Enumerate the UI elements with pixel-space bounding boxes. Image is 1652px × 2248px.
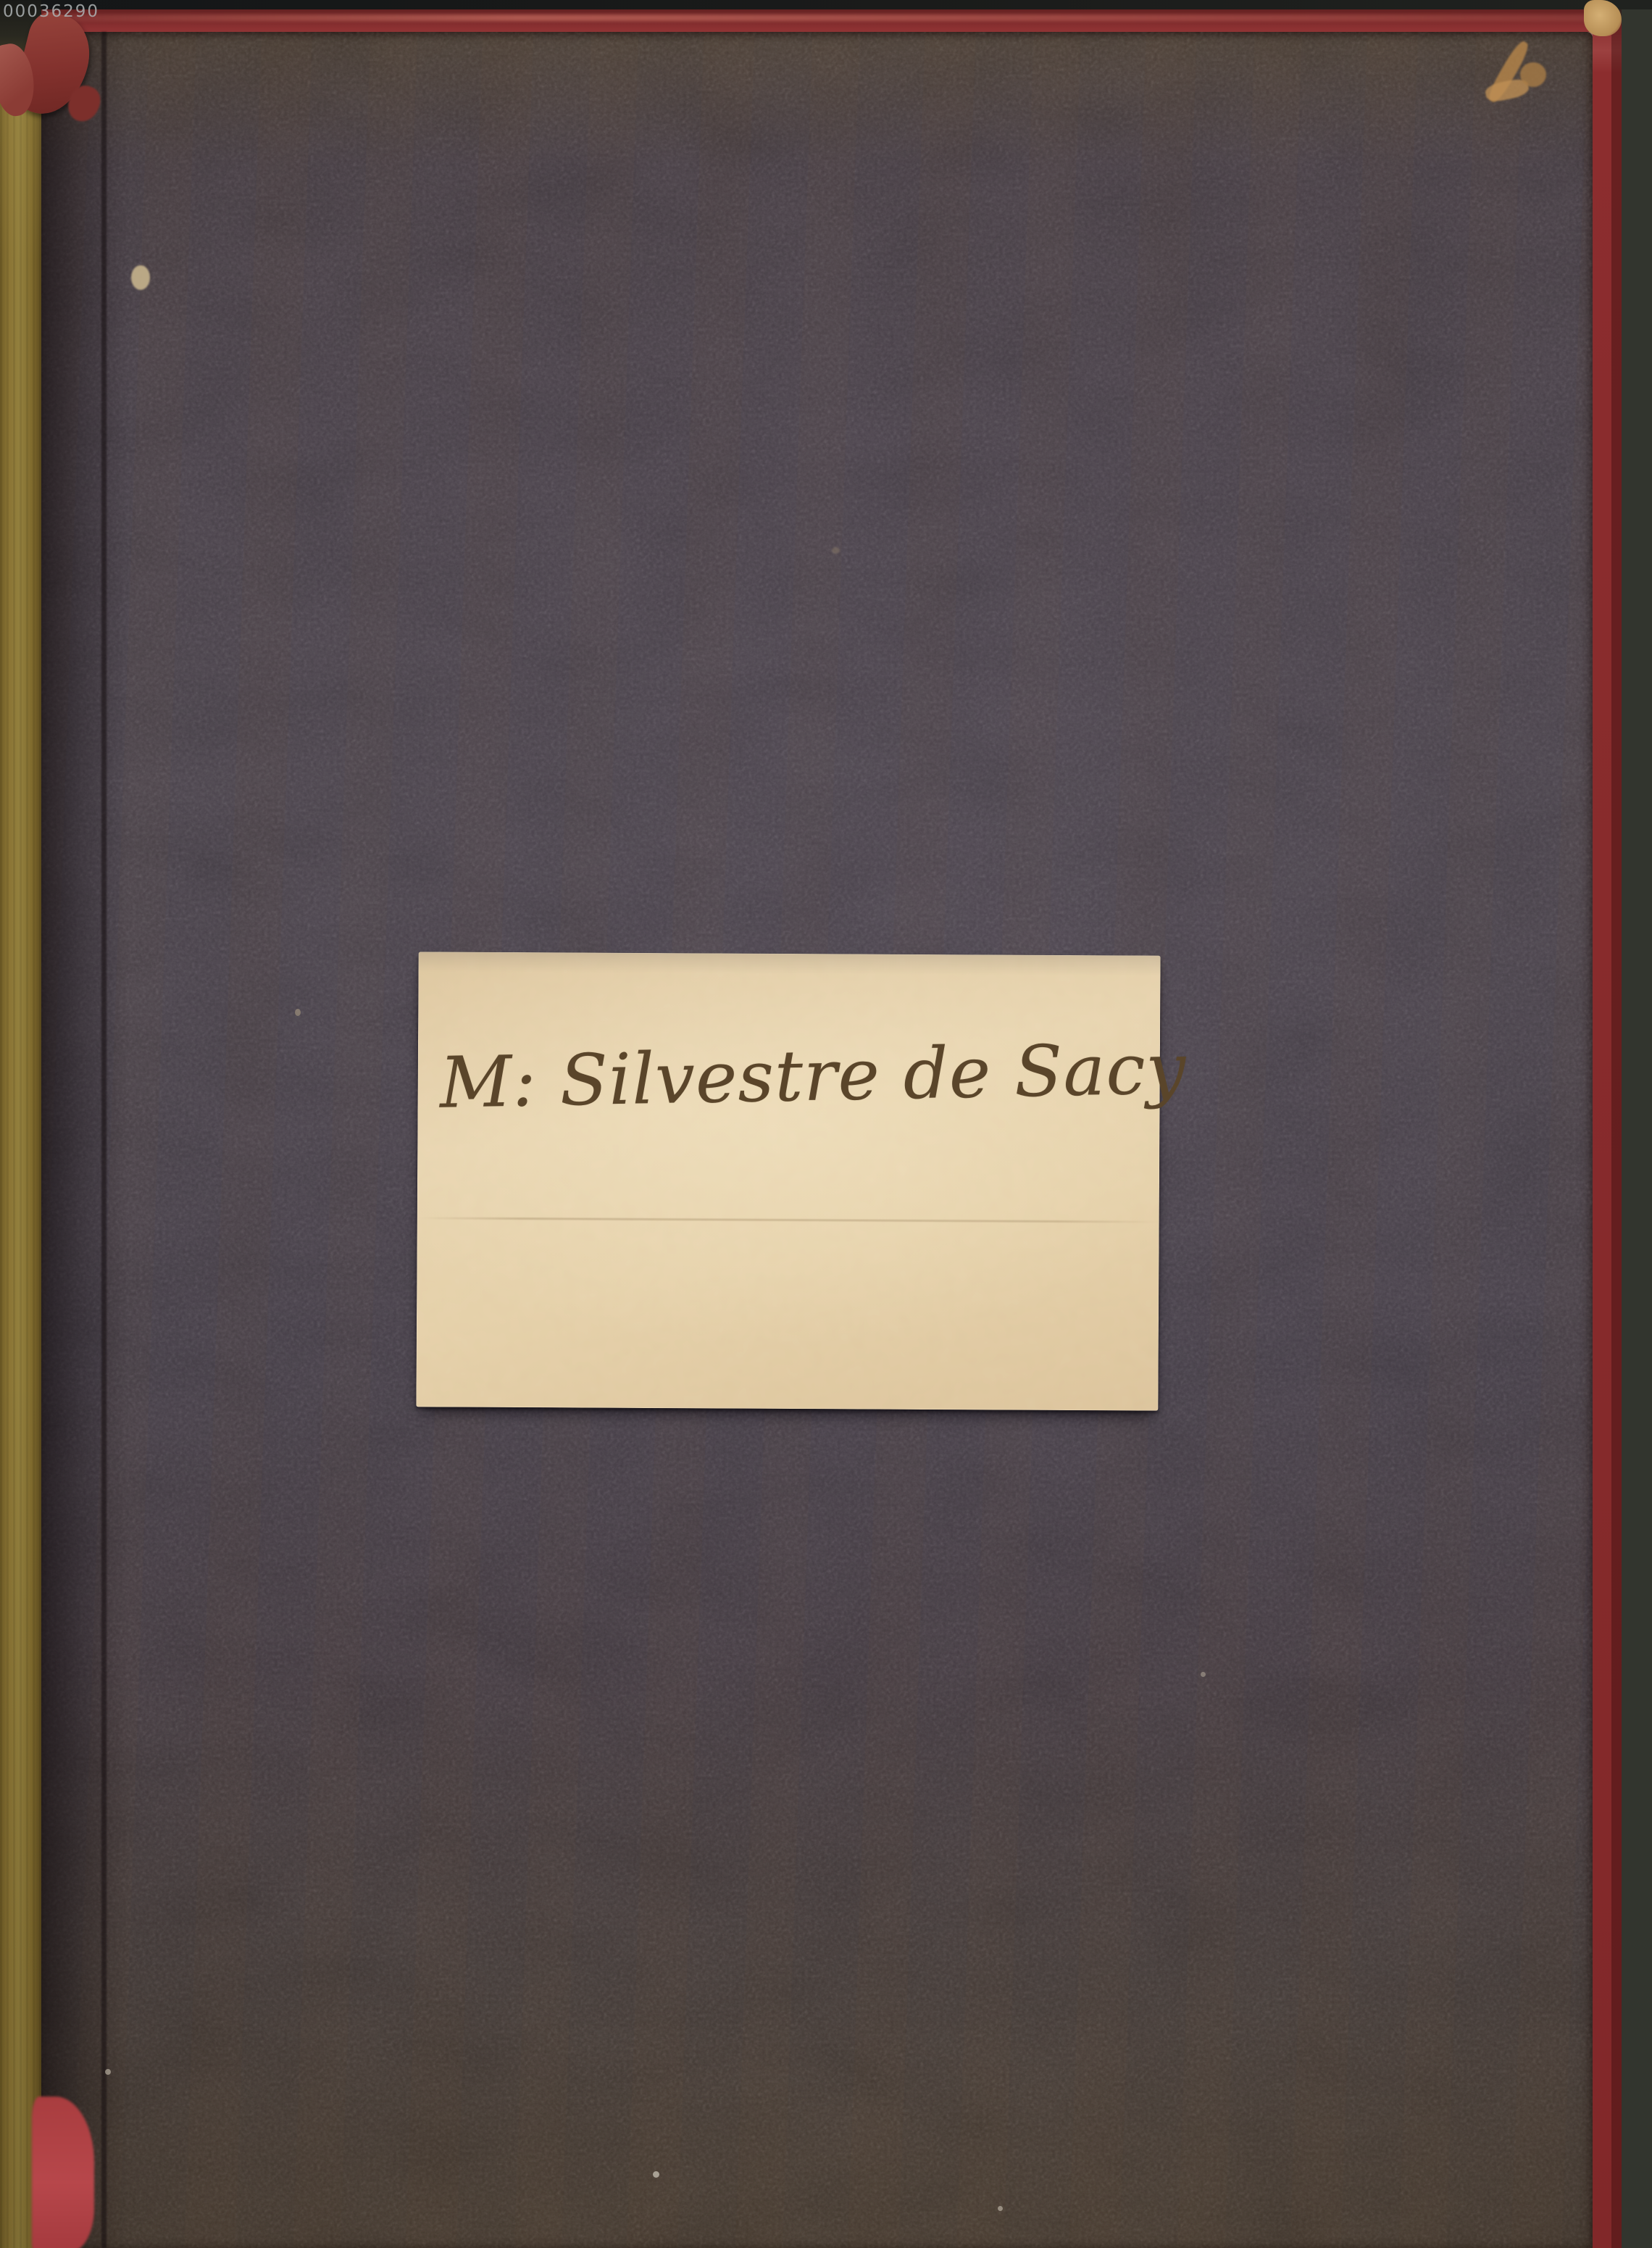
red-edge-right-shade — [1611, 6, 1622, 2248]
leather-speck — [131, 265, 150, 290]
scan-background-top — [0, 0, 1652, 9]
label-top-smudge — [419, 952, 1161, 975]
leather-speck — [295, 1009, 301, 1016]
book-cover-scan: M: Silvestre de Sacy 00036290 — [0, 0, 1652, 2248]
worn-red-patch-bottom-left — [32, 2097, 94, 2248]
leather-speck — [998, 2206, 1003, 2211]
red-edge-highlight — [51, 14, 1609, 21]
leather-speck — [105, 2069, 111, 2075]
handwritten-inscription: M: Silvestre de Sacy — [439, 1031, 1165, 1123]
bookplate-label: M: Silvestre de Sacy — [416, 952, 1160, 1410]
leather-speck — [832, 547, 840, 554]
leather-speck — [653, 2171, 659, 2178]
leather-speck — [1201, 1672, 1206, 1677]
scan-id-number: 00036290 — [3, 2, 99, 21]
wear-mark-blob — [1520, 62, 1546, 87]
spine-olive-strip — [0, 64, 41, 2248]
paper-texture — [416, 952, 1160, 1410]
corner-wear-spot — [1584, 0, 1622, 36]
